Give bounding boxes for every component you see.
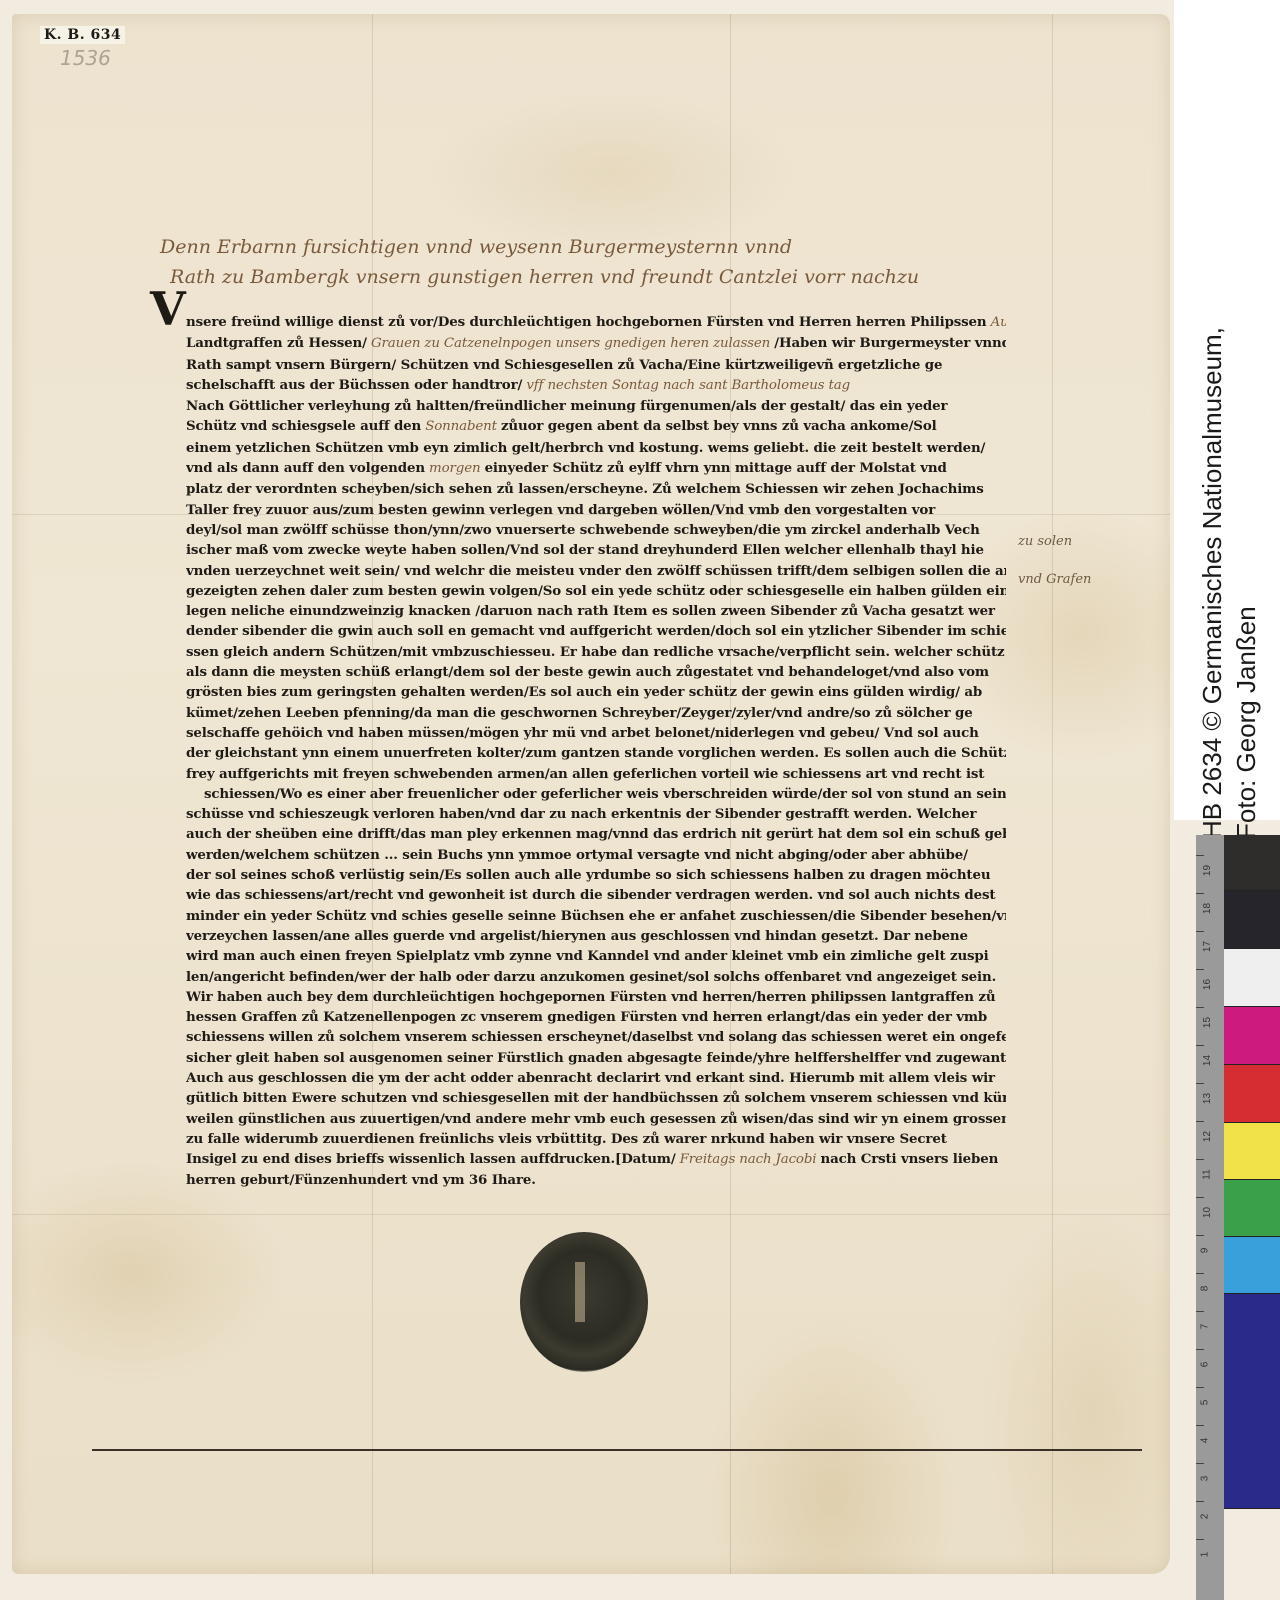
printed-text: schiessen/Wo es einer aber freuenlicher …	[204, 786, 1006, 802]
initial-letter: V	[150, 282, 186, 336]
margin-note: vnd Grafen	[1018, 572, 1091, 587]
scale-number: 1	[1199, 1552, 1210, 1558]
text-line: wird man auch einen freyen Spielplatz vm…	[186, 946, 1006, 966]
scale-tick	[1196, 1045, 1204, 1046]
text-line: verzeychen lassen/ane alles guerde vnd a…	[186, 926, 1006, 946]
printed-text: sicher gleit haben sol ausgenomen seiner…	[186, 1050, 1006, 1066]
margin-note: zu solen	[1018, 534, 1072, 549]
scale-number: 13	[1202, 1093, 1213, 1104]
printed-text: herren geburt/Fünzenhundert vnd ym 36 Ih…	[186, 1172, 536, 1188]
text-line: Auch aus geschlossen die ym der acht odd…	[186, 1068, 1006, 1088]
handwritten-insert: vff nechsten Sontag nach sant Bartholome…	[522, 378, 850, 393]
text-line: gezeigten zehen daler zum besten gewin v…	[186, 581, 1006, 601]
text-line: als dann die meysten schüß erlangt/dem s…	[186, 662, 1006, 682]
printed-text: gütlich bitten Ewere schutzen vnd schies…	[186, 1090, 1006, 1106]
scale-number: 9	[1199, 1248, 1210, 1254]
text-line: Landtgraffen zů Hessen/ Grauen zu Catzen…	[186, 333, 1006, 354]
scale-number: 12	[1202, 1131, 1213, 1142]
printed-text: Wir haben auch bey dem durchleüchtigen h…	[186, 989, 995, 1005]
printed-text: kümet/zehen Leeben pfenning/da man die g…	[186, 705, 973, 721]
color-patch-cyan	[1224, 1237, 1280, 1294]
photo-credit: HB 2634 © Germanisches Nationalmuseum, F…	[1195, 69, 1263, 839]
scale-tick	[1196, 1501, 1204, 1502]
printed-text: einyeder Schütz zů eylff vhrn ynn mittag…	[485, 460, 947, 476]
color-patch-magenta	[1224, 1007, 1280, 1065]
scale-tick	[1196, 969, 1204, 970]
text-line: auch der sheüben eine drifft/das man ple…	[186, 824, 1006, 844]
printed-body-text: nsere freünd willige dienst zů vor/Des d…	[186, 312, 1006, 1191]
printed-text: der sol seines schoß verlüstig sein/Es s…	[186, 867, 990, 883]
text-line: selschaffe gehöich vnd haben müssen/möge…	[186, 723, 1006, 743]
color-patch-red	[1224, 1065, 1280, 1123]
text-line: der sol seines schoß verlüstig sein/Es s…	[186, 865, 1006, 885]
scale-tick	[1196, 1083, 1204, 1084]
printed-text: selschaffe gehöich vnd haben müssen/möge…	[186, 725, 979, 741]
printed-text: schüsse vnd schieszeugk verloren haben/v…	[186, 806, 976, 822]
text-line: vnd als dann auff den volgenden morgen e…	[186, 458, 1006, 479]
printed-text: ischer maß vom zwecke weyte haben sollen…	[186, 542, 984, 558]
scale-number: 7	[1199, 1324, 1210, 1330]
photo-credit-panel: HB 2634 © Germanisches Nationalmuseum, F…	[1174, 0, 1280, 820]
text-line: platz der verordnten scheyben/sich sehen…	[186, 479, 1006, 499]
scale-tick	[1196, 1159, 1204, 1160]
handwritten-insert: Aux	[987, 315, 1006, 330]
text-line: zu falle widerumb zuuerdienen freünlichs…	[186, 1129, 1006, 1149]
text-line: schiessen/Wo es einer aber freuenlicher …	[186, 784, 1006, 804]
printed-text: zu falle widerumb zuuerdienen freünlichs…	[186, 1131, 947, 1147]
printed-text: weilen günstlichen aus zuuertigen/vnd an…	[186, 1111, 1006, 1127]
scale-tick	[1196, 1349, 1204, 1350]
printed-text: legen neliche einundzweinzig knacken /da…	[186, 603, 995, 619]
text-line: hessen Graffen zů Katzenellenpogen zc vn…	[186, 1007, 1006, 1027]
scale-tick	[1196, 931, 1204, 932]
text-line: legen neliche einundzweinzig knacken /da…	[186, 601, 1006, 621]
printed-text: verzeychen lassen/ane alles guerde vnd a…	[186, 928, 968, 944]
wax-seal	[520, 1232, 648, 1372]
text-line: Rath sampt vnsern Bürgern/ Schützen vnd …	[186, 355, 1006, 375]
printed-text: Nach Göttlicher verleyhung zů haltten/fr…	[186, 398, 947, 414]
scale-number: 5	[1199, 1400, 1210, 1406]
text-line: Insigel zu end dises brieffs wissenlich …	[186, 1149, 1006, 1170]
scale-number: 19	[1202, 865, 1213, 876]
handwritten-insert: Sonnabent	[421, 419, 501, 434]
handwritten-insert: morgen	[425, 461, 485, 476]
scale-tick	[1196, 1007, 1204, 1008]
text-line: ssen gleich andern Schützen/mit vmbzusch…	[186, 642, 1006, 662]
scale-tick	[1196, 1197, 1204, 1198]
text-line: schelschafft aus der Büchssen oder handt…	[186, 375, 1006, 396]
text-line: len/angericht befinden/wer der halb oder…	[186, 967, 1006, 987]
scale-tick	[1196, 855, 1204, 856]
color-patch-white	[1224, 949, 1280, 1007]
text-line: schüsse vnd schieszeugk verloren haben/v…	[186, 804, 1006, 824]
credit-line-1: HB 2634 © Germanisches Nationalmuseum,	[1195, 69, 1229, 839]
printed-text: Auch aus geschlossen die ym der acht odd…	[186, 1070, 995, 1086]
scale-number: 4	[1199, 1438, 1210, 1444]
printed-text: der gleichstant ynn einem unuerfreten ko…	[186, 745, 1006, 761]
text-line: grösten bies zum geringsten gehalten wer…	[186, 682, 1006, 702]
printed-text: schiessens willen zů solchem vnserem sch…	[186, 1029, 1006, 1045]
printed-text: platz der verordnten scheyben/sich sehen…	[186, 481, 984, 497]
printed-text: vnd als dann auff den volgenden	[186, 460, 425, 476]
text-line: Taller frey zuuor aus/zum besten gewinn …	[186, 500, 1006, 520]
text-line: ischer maß vom zwecke weyte haben sollen…	[186, 540, 1006, 560]
scale-tick	[1196, 1425, 1204, 1426]
printed-text: wird man auch einen freyen Spielplatz vm…	[186, 948, 989, 964]
handwritten-insert: Grauen zu Catzenelnpogen unsers gnedigen…	[367, 336, 774, 351]
text-line: einem yetzlichen Schützen vmb eyn zimlic…	[186, 438, 1006, 458]
scale-tick	[1196, 1539, 1204, 1540]
printed-text: minder ein yeder Schütz vnd schies gesel…	[186, 908, 1006, 924]
scale-number: 3	[1199, 1476, 1210, 1482]
scale-number: 18	[1202, 903, 1213, 914]
printed-text: Rath sampt vnsern Bürgern/ Schützen vnd …	[186, 357, 942, 373]
color-patch-black	[1224, 891, 1280, 949]
address-line: Denn Erbarnn fursichtigen vnnd weysenn B…	[120, 232, 1080, 262]
seal-crack	[575, 1262, 585, 1322]
scale-number: 17	[1202, 941, 1213, 952]
text-line: weilen günstlichen aus zuuertigen/vnd an…	[186, 1109, 1006, 1129]
printed-text: Landtgraffen zů Hessen/	[186, 335, 367, 351]
scale-tick	[1196, 893, 1204, 894]
credit-line-2: Foto: Georg Janßen	[1229, 69, 1263, 839]
printed-text: nach Crsti vnsers lieben	[821, 1151, 999, 1167]
text-line: der gleichstant ynn einem unuerfreten ko…	[186, 743, 1006, 763]
scale-tick	[1196, 1387, 1204, 1388]
color-patch-green	[1224, 1180, 1280, 1237]
text-line: sicher gleit haben sol ausgenomen seiner…	[186, 1048, 1006, 1068]
printed-text: /Haben wir Burgermeyster vnnd	[774, 335, 1006, 351]
printed-text: hessen Graffen zů Katzenellenpogen zc vn…	[186, 1009, 987, 1025]
bottom-rule-line	[92, 1449, 1142, 1451]
text-line: Wir haben auch bey dem durchleüchtigen h…	[186, 987, 1006, 1007]
scale-tick	[1196, 1235, 1204, 1236]
text-line: kümet/zehen Leeben pfenning/da man die g…	[186, 703, 1006, 723]
text-line: wie das schiessens/art/recht vnd gewonhe…	[186, 885, 1006, 905]
printed-text: zůuor gegen abent da selbst bey vnns zů …	[501, 418, 937, 434]
scale-number: 15	[1202, 1017, 1213, 1028]
scale-number: 6	[1199, 1362, 1210, 1368]
text-line: Nach Göttlicher verleyhung zů haltten/fr…	[186, 396, 1006, 416]
printed-text: Taller frey zuuor aus/zum besten gewinn …	[186, 502, 935, 518]
printed-text: schelschafft aus der Büchssen oder handt…	[186, 377, 522, 393]
text-line: gütlich bitten Ewere schutzen vnd schies…	[186, 1088, 1006, 1108]
text-line: nsere freünd willige dienst zů vor/Des d…	[186, 312, 1006, 333]
printed-text: als dann die meysten schüß erlangt/dem s…	[186, 664, 989, 680]
text-line: dender sibender die gwin auch soll en ge…	[186, 621, 1006, 641]
scale-number: 8	[1199, 1286, 1210, 1292]
printed-text: gezeigten zehen daler zum besten gewin v…	[186, 583, 1006, 599]
printed-text: len/angericht befinden/wer der halb oder…	[186, 969, 996, 985]
scale-tick	[1196, 1121, 1204, 1122]
color-patch-blue	[1224, 1294, 1280, 1509]
printed-text: auch der sheüben eine drifft/das man ple…	[186, 826, 1006, 842]
text-line: werden/welchem schützen ... sein Buchs y…	[186, 845, 1006, 865]
printed-text: grösten bies zum geringsten gehalten wer…	[186, 684, 982, 700]
printed-text: nsere freünd willige dienst zů vor/Des d…	[186, 314, 987, 330]
scale-number: 2	[1199, 1514, 1210, 1520]
scale-number: 11	[1202, 1169, 1213, 1179]
printed-text: wie das schiessens/art/recht vnd gewonhe…	[186, 887, 995, 903]
printed-text: Insigel zu end dises brieffs wissenlich …	[186, 1151, 676, 1167]
scale-tick	[1196, 1273, 1204, 1274]
printed-text: ssen gleich andern Schützen/mit vmbzusch…	[186, 644, 1004, 660]
text-line: herren geburt/Fünzenhundert vnd ym 36 Ih…	[186, 1170, 1006, 1190]
text-line: Schütz vnd schiesgsele auff den Sonnaben…	[186, 416, 1006, 437]
centimeter-scale: 19181716151413121110987654321	[1196, 835, 1224, 1600]
color-patch-yellow	[1224, 1123, 1280, 1180]
color-calibration-strip	[1224, 835, 1280, 1600]
scale-number: 14	[1202, 1055, 1213, 1066]
printed-text: Schütz vnd schiesgsele auff den	[186, 418, 421, 434]
printed-text: werden/welchem schützen ... sein Buchs y…	[186, 847, 968, 863]
printed-text: deyl/sol man zwölff schüsse thon/ynn/zwo…	[186, 522, 980, 538]
handwritten-insert: Freitags nach Jacobi	[676, 1152, 821, 1167]
fold-line	[12, 1214, 1170, 1215]
text-line: minder ein yeder Schütz vnd schies gesel…	[186, 906, 1006, 926]
printed-text: vnden uerzeychnet weit sein/ vnd welchr …	[186, 563, 1006, 579]
scale-tick	[1196, 1311, 1204, 1312]
printed-text: dender sibender die gwin auch soll en ge…	[186, 623, 1006, 639]
scale-number: 16	[1202, 979, 1213, 990]
text-line: schiessens willen zů solchem vnserem sch…	[186, 1027, 1006, 1047]
printed-text: einem yetzlichen Schützen vmb eyn zimlic…	[186, 440, 985, 456]
address-line: Rath zu Bambergk vnsern gunstigen herren…	[120, 262, 1080, 292]
handwritten-address: Denn Erbarnn fursichtigen vnnd weysenn B…	[120, 232, 1080, 292]
scale-tick	[1196, 1463, 1204, 1464]
pencil-note: 1536	[60, 46, 111, 70]
text-line: vnden uerzeychnet weit sein/ vnd welchr …	[186, 561, 1006, 581]
text-line: frey auffgerichts mit freyen schwebenden…	[186, 764, 1006, 784]
scale-number: 10	[1202, 1207, 1213, 1218]
color-patch-dark-gray	[1224, 835, 1280, 891]
archive-label: K. B. 634	[40, 26, 125, 44]
text-line: deyl/sol man zwölff schüsse thon/ynn/zwo…	[186, 520, 1006, 540]
printed-text: frey auffgerichts mit freyen schwebenden…	[186, 766, 984, 782]
